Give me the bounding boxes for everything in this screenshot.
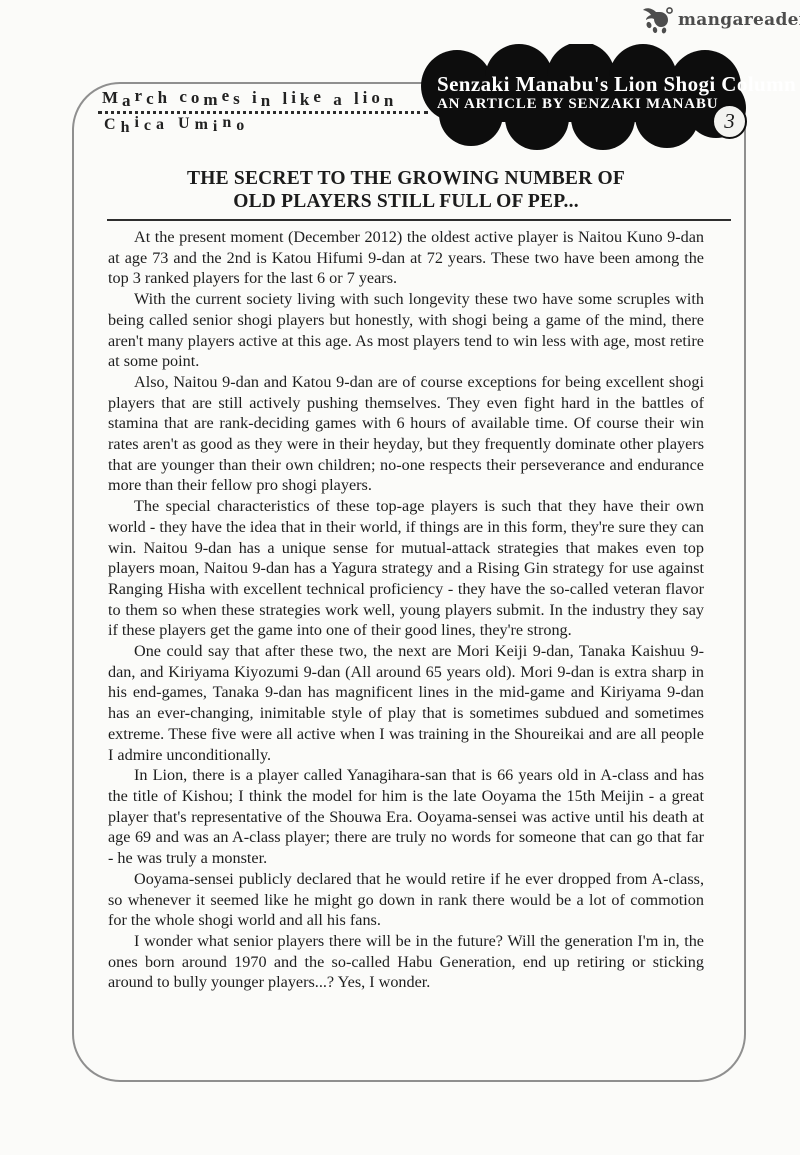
article-body: At the present moment (December 2012) th… <box>108 227 704 993</box>
dotted-divider <box>98 106 428 114</box>
paragraph: Ooyama-sensei publicly declared that he … <box>108 869 704 931</box>
paragraph: One could say that after these two, the … <box>108 641 704 765</box>
paragraph: The special characteristics of these top… <box>108 496 704 641</box>
article-heading-line1: THE SECRET TO THE GROWING NUMBER OF <box>108 168 704 191</box>
article-heading-line2: OLD PLAYERS STILL FULL OF PEP... <box>108 191 704 214</box>
mascot-icon <box>642 4 678 34</box>
author-name: Chica Umino <box>104 116 249 134</box>
site-logo-text: mangareader.net <box>678 10 800 30</box>
issue-number-badge: 3 <box>712 104 747 139</box>
paragraph: With the current society living with suc… <box>108 289 704 372</box>
column-banner: Senzaki Manabu's Lion Shogi Column AN AR… <box>413 44 763 152</box>
banner-text: Senzaki Manabu's Lion Shogi Column AN AR… <box>437 72 796 113</box>
manga-page-scan[interactable]: mangareader.net March comes in like a li… <box>0 0 800 1155</box>
paragraph: At the present moment (December 2012) th… <box>108 227 704 289</box>
site-logo: mangareader.net <box>642 4 800 34</box>
issue-number: 3 <box>724 109 735 134</box>
article-heading: THE SECRET TO THE GROWING NUMBER OF OLD … <box>108 168 704 213</box>
banner-title: Senzaki Manabu's Lion Shogi Column <box>437 72 796 96</box>
paragraph: I wonder what senior players there will … <box>108 931 704 993</box>
paragraph: Also, Naitou 9-dan and Katou 9-dan are o… <box>108 372 704 496</box>
series-title: March comes in like a lion <box>102 88 397 108</box>
paragraph: In Lion, there is a player called Yanagi… <box>108 765 704 869</box>
heading-rule <box>107 219 731 221</box>
